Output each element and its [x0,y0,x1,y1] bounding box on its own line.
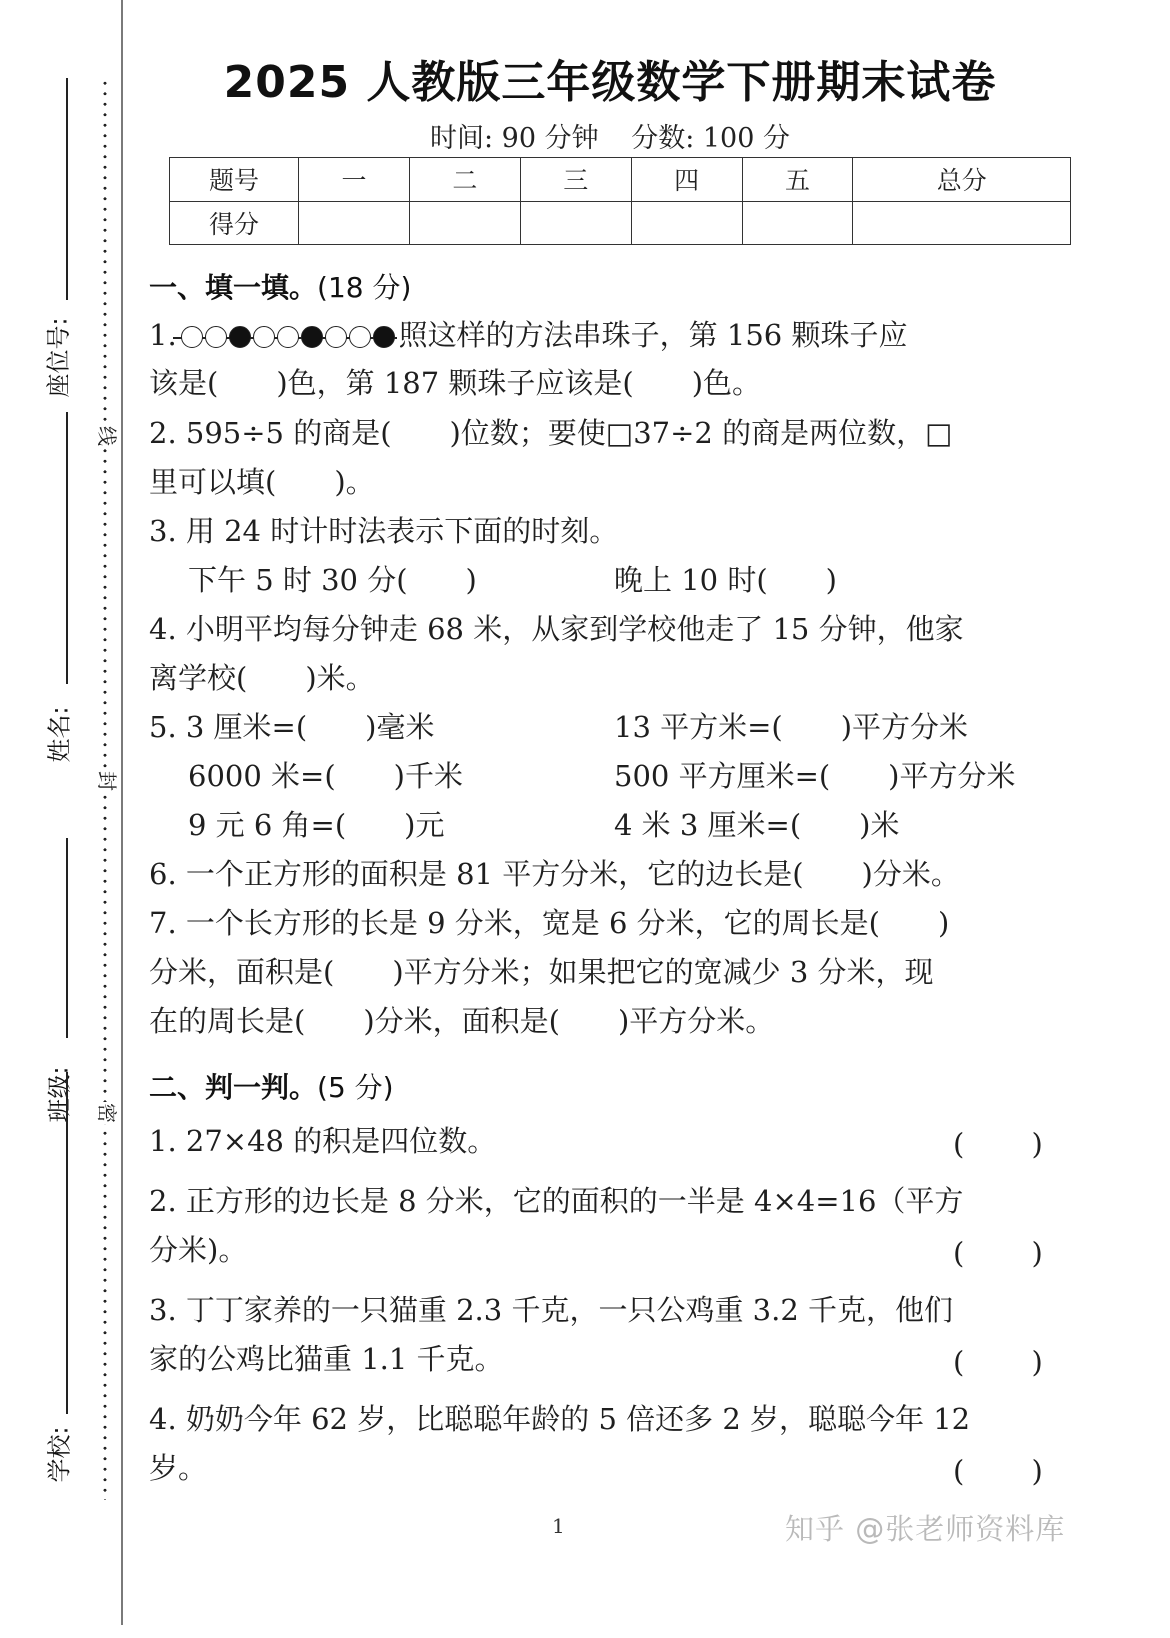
score-cell[interactable] [853,201,1071,245]
judge-4-line-2: 岁。 [149,1451,207,1485]
judge-3-line-1: 3. 丁丁家养的一只猫重 2.3 千克，一只公鸡重 3.2 千克，他们 [149,1293,953,1327]
judge-3-answer-bracket[interactable]: ( ) [953,1340,1043,1381]
bead-pattern-figure [181,326,397,348]
question-2-line-2: 里可以填( )。 [149,465,375,499]
question-1-line-2: 该是( )色，第 187 颗珠子应该是( )色。 [149,366,761,400]
score-table-header-cell: 一 [299,158,410,202]
black-bead-icon [301,326,323,348]
judge-2-line-1: 2. 正方形的边长是 8 分米，它的面积的一半是 4×4=16（平方 [149,1184,963,1218]
score-table-header-cell: 三 [520,158,631,202]
question-3-right: 晚上 10 时( ) [614,563,837,597]
question-4-line-2: 离学校( )米。 [149,661,375,695]
question-2-line-1: 2. 595÷5 的商是( )位数；要使□37÷2 的商是两位数，□ [149,416,953,450]
cut-mark-seal: 封 [96,770,118,792]
school-label: 学校: [40,1433,75,1483]
score-cell[interactable] [742,201,853,245]
question-1-line-1: 1. 照这样的方法串珠子，第 156 颗珠子应 [149,318,907,352]
school-underline-bottom [66,1182,68,1412]
judge-2-line-2: 分米)。 [149,1233,247,1267]
question-5-row-2-left: 6000 米=( )千米 [188,759,463,793]
seat-number-underline [66,78,68,300]
cut-mark-secret: 密 [96,1102,118,1124]
binding-margin-rule [121,0,123,1625]
score-cell[interactable] [631,201,742,245]
score-table-header-cell: 二 [409,158,520,202]
section-1-points: (18 分) [317,271,411,304]
question-7-line-3: 在的周长是( )分米，面积是( )平方分米。 [149,1004,774,1038]
score-table: 题号 一 二 三 四 五 总分 得分 [169,157,1071,245]
question-3-left: 下午 5 时 30 分( ) [188,563,477,597]
exam-total-score: 分数: 100 分 [631,123,790,154]
name-underline [66,412,68,684]
exam-time: 时间: 90 分钟 [430,123,599,154]
judge-2-answer-bracket[interactable]: ( ) [953,1231,1043,1272]
question-6-line-1: 6. 一个正方形的面积是 81 平方分米，它的边长是( )分米。 [149,857,960,891]
white-bead-icon [325,326,347,348]
question-5-row-1-left: 5. 3 厘米=( )毫米 [149,710,434,744]
name-label: 姓名: [40,713,75,763]
question-7-line-1: 7. 一个长方形的长是 9 分米，宽是 6 分米，它的周长是( ) [149,906,949,940]
score-cell[interactable] [520,201,631,245]
question-5-row-3-right: 4 米 3 厘米=( )米 [614,808,899,842]
page-number: 1 [552,1514,565,1538]
black-bead-icon [373,326,395,348]
section-2-points: (5 分) [317,1071,394,1104]
section-1-heading: 一、填一填。(18 分) [149,266,411,306]
exam-meta: 时间: 90 分钟 分数: 100 分 [150,116,1070,155]
white-bead-icon [181,326,203,348]
judge-4-line-1: 4. 奶奶今年 62 岁，比聪聪年龄的 5 倍还多 2 岁，聪聪今年 12 [149,1402,970,1436]
score-table-header-cell: 五 [742,158,853,202]
black-bead-icon [229,326,251,348]
score-table-header-cell: 题号 [170,158,299,202]
score-cell[interactable] [299,201,410,245]
cut-mark-line: 线 [96,425,118,447]
score-table-header-cell: 四 [631,158,742,202]
white-bead-icon [253,326,275,348]
question-7-line-2: 分米，面积是( )平方分米；如果把它的宽减少 3 分米，现 [149,955,934,989]
question-4-line-1: 4. 小明平均每分钟走 68 米，从家到学校他走了 15 分钟，他家 [149,612,964,646]
exam-title: 2025 人教版三年级数学下册期末试卷 [150,46,1070,110]
white-bead-icon [277,326,299,348]
question-3-line-1: 3. 用 24 时计时法表示下面的时刻。 [149,514,618,548]
class-label: 班级: [40,1073,75,1123]
score-table-header-row: 题号 一 二 三 四 五 总分 [170,158,1071,202]
question-5-row-2-right: 500 平方厘米=( )平方分米 [614,759,1016,793]
judge-1-line-1: 1. 27×48 的积是四位数。 [149,1124,496,1158]
question-5-row-1-right: 13 平方米=( )平方分米 [614,710,968,744]
seat-number-label: 座位号: [39,338,74,398]
score-table-score-row: 得分 [170,201,1071,245]
class-underline [66,838,68,1038]
white-bead-icon [205,326,227,348]
judge-1-answer-bracket[interactable]: ( ) [953,1122,1043,1163]
score-cell[interactable] [409,201,520,245]
question-1-text: 照这样的方法串珠子，第 156 颗珠子应 [399,318,908,352]
white-bead-icon [349,326,371,348]
score-table-header-cell: 总分 [853,158,1071,202]
section-2-heading: 二、判一判。(5 分) [149,1066,394,1106]
question-5-row-3-left: 9 元 6 角=( )元 [188,808,444,842]
score-row-label: 得分 [170,201,299,245]
watermark: 知乎 @张老师资料库 [785,1507,1065,1548]
judge-4-answer-bracket[interactable]: ( ) [953,1449,1043,1490]
judge-3-line-2: 家的公鸡比猫重 1.1 千克。 [149,1342,504,1376]
question-1-number: 1. [149,318,177,352]
